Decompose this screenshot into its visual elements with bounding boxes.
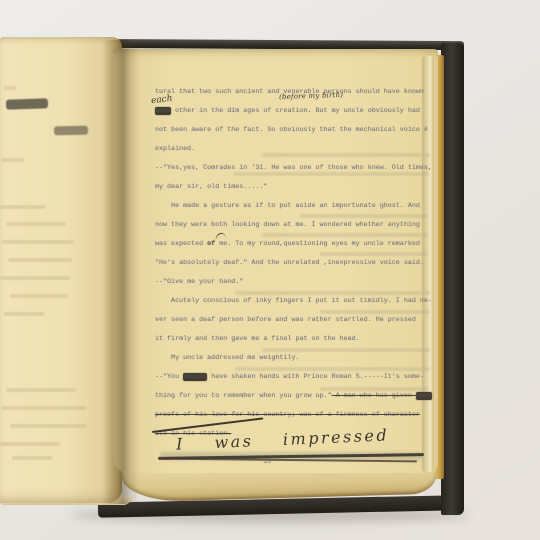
ghost-text-streak [0,442,60,446]
typescript-line: proofs of his love for his country; was … [155,406,439,425]
ghost-text-streak [8,258,72,262]
typescript-line: it firmly and then gave me a final pat o… [155,330,439,349]
book-gutter-shadow [102,40,140,504]
ghost-text-streak [10,424,86,428]
ghost-text-streak [6,222,66,226]
typescript-line: thing for you to remember when you grow … [155,387,439,406]
ink-showthrough-smudge [54,126,88,136]
typescript-line: now they were both looking down at me. I… [155,216,439,235]
typescript-line: was expected of me. To my round,question… [155,235,439,254]
ink-showthrough-smudge [6,98,48,109]
ghost-text-streak [0,276,70,280]
page-number: 10 [263,458,271,466]
typescript-lines: tural that two such ancient and venerabl… [155,83,439,444]
ghost-text-streak [6,388,76,392]
ghost-text-streak [10,294,68,298]
typescript-line: not been aware of the fact. So obviously… [155,121,439,140]
typescript-line: ands other in the dim ages of creation. … [155,102,439,121]
typescript-line: Acutely conscious of inky fingers I put … [155,292,439,311]
ghost-text-streak [2,240,74,244]
typescript-line: ver seen a deaf person before and was ra… [155,311,439,330]
typescript-line: He made a gesture as if to put aside an … [155,197,439,216]
ghost-text-streak [4,86,16,90]
photo-of-open-typescript-book: tural that two such ancient and venerabl… [0,0,540,540]
typescript-line: --"You should have shaken hands with Pri… [155,368,439,387]
ghost-text-streak [12,456,52,460]
typescript-line: my dear sir, old times....." [155,178,439,197]
typescript-line: explained. [155,140,439,159]
book-cover-fore-edge [441,43,464,515]
ghost-text-streak [2,158,24,162]
typescript-line: --"Give me your hand." [155,273,439,292]
ghost-text-streak [4,312,44,316]
ghost-text-streak [0,205,46,209]
ghost-text-streak [2,406,86,410]
typescript-line: My uncle addressed me weightily. [155,349,439,368]
typescript-line: --"Yes,yes, Comrades in '31. He was one … [155,159,439,178]
typescript-line: "He's absolutely deaf." And the unrelate… [155,254,439,273]
